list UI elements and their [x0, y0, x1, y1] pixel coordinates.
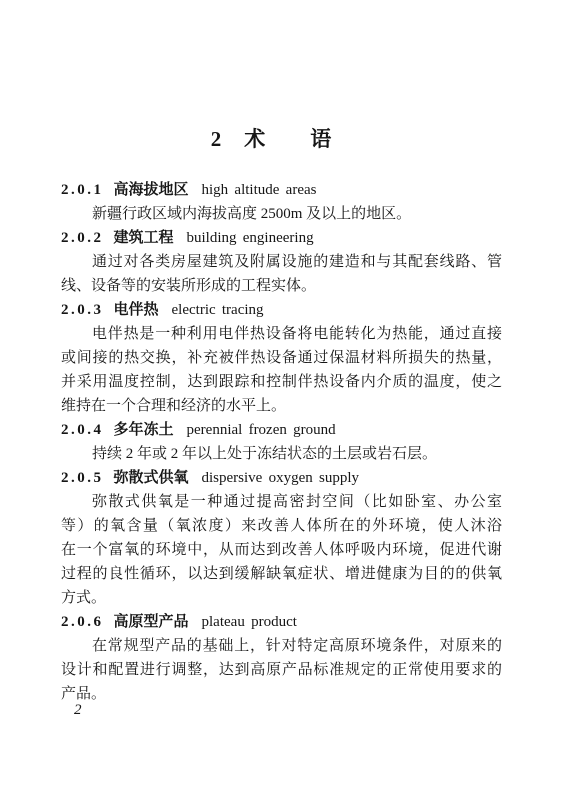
term-heading: 2.0.3电伴热electric tracing: [61, 298, 502, 322]
term-section-2-0-2: 2.0.2建筑工程building engineering 通过对各类房屋建筑及…: [61, 226, 502, 298]
term-chinese: 电伴热: [114, 302, 159, 318]
term-number: 2.0.5: [61, 470, 104, 486]
term-english: dispersive oxygen supply: [202, 470, 359, 486]
term-number: 2.0.1: [61, 182, 104, 198]
term-heading: 2.0.6高原型产品plateau product: [61, 610, 502, 634]
term-definition-line: 新疆行政区域内海拔高度 2500m 及以上的地区。: [61, 202, 502, 226]
term-definition-line: 通过对各类房屋建筑及附属设施的建造和与其配套线路、管: [61, 250, 502, 274]
term-definition-line: 过程的良性循环，以达到缓解缺氧症状、增进健康为目的的供氧: [61, 562, 502, 586]
term-section-2-0-1: 2.0.1高海拔地区high altitude areas 新疆行政区域内海拔高…: [61, 178, 502, 226]
term-chinese: 高原型产品: [114, 614, 189, 630]
term-chinese: 高海拔地区: [114, 182, 189, 198]
chapter-title: 2 术 语: [51, 127, 492, 152]
term-definition-line: 线、设备等的安装所形成的工程实体。: [61, 274, 502, 298]
term-english: plateau product: [202, 614, 297, 630]
term-section-2-0-5: 2.0.5弥散式供氧dispersive oxygen supply 弥散式供氧…: [61, 466, 502, 610]
term-heading: 2.0.1高海拔地区high altitude areas: [61, 178, 502, 202]
term-definition-line: 或间接的热交换，补充被伴热设备通过保温材料所损失的热量，: [61, 346, 502, 370]
term-definition-line: 持续 2 年或 2 年以上处于冻结状态的土层或岩石层。: [61, 442, 502, 466]
term-definition-line: 设计和配置进行调整，达到高原产品标准规定的正常使用要求的: [61, 658, 502, 682]
term-definition-line: 等）的氧含量（氧浓度）来改善人体所在的外环境，使人沐浴: [61, 514, 502, 538]
term-definition-line: 产品。: [61, 682, 502, 706]
term-number: 2.0.2: [61, 230, 104, 246]
term-definition-line: 在常规型产品的基础上，针对特定高原环境条件，对原来的: [61, 634, 502, 658]
term-section-2-0-4: 2.0.4多年冻土perennial frozen ground 持续 2 年或…: [61, 418, 502, 466]
term-chinese: 多年冻土: [114, 422, 174, 438]
term-heading: 2.0.4多年冻土perennial frozen ground: [61, 418, 502, 442]
term-heading: 2.0.2建筑工程building engineering: [61, 226, 502, 250]
term-number: 2.0.4: [61, 422, 104, 438]
term-definition-line: 维持在一个合理和经济的水平上。: [61, 394, 502, 418]
term-chinese: 弥散式供氧: [114, 470, 189, 486]
term-definition-line: 电伴热是一种利用电伴热设备将电能转化为热能，通过直接: [61, 322, 502, 346]
document-page: 2 术 语 2.0.1高海拔地区high altitude areas 新疆行政…: [0, 0, 561, 804]
page-number: 2: [74, 700, 82, 720]
term-english: perennial frozen ground: [187, 422, 336, 438]
term-definition-line: 弥散式供氧是一种通过提高密封空间（比如卧室、办公室: [61, 490, 502, 514]
term-section-2-0-6: 2.0.6高原型产品plateau product 在常规型产品的基础上，针对特…: [61, 610, 502, 706]
term-english: electric tracing: [172, 302, 264, 318]
term-definition-line: 并采用温度控制，达到跟踪和控制伴热设备内介质的温度，使之: [61, 370, 502, 394]
term-heading: 2.0.5弥散式供氧dispersive oxygen supply: [61, 466, 502, 490]
term-english: high altitude areas: [202, 182, 317, 198]
term-number: 2.0.6: [61, 614, 104, 630]
term-definition-line: 方式。: [61, 586, 502, 610]
term-definition-line: 在一个富氧的环境中，从而达到改善人体呼吸内环境，促进代谢: [61, 538, 502, 562]
term-chinese: 建筑工程: [114, 230, 174, 246]
term-english: building engineering: [187, 230, 314, 246]
term-section-2-0-3: 2.0.3电伴热electric tracing 电伴热是一种利用电伴热设备将电…: [61, 298, 502, 418]
page-content: 2 术 语 2.0.1高海拔地区high altitude areas 新疆行政…: [61, 127, 502, 706]
term-number: 2.0.3: [61, 302, 104, 318]
